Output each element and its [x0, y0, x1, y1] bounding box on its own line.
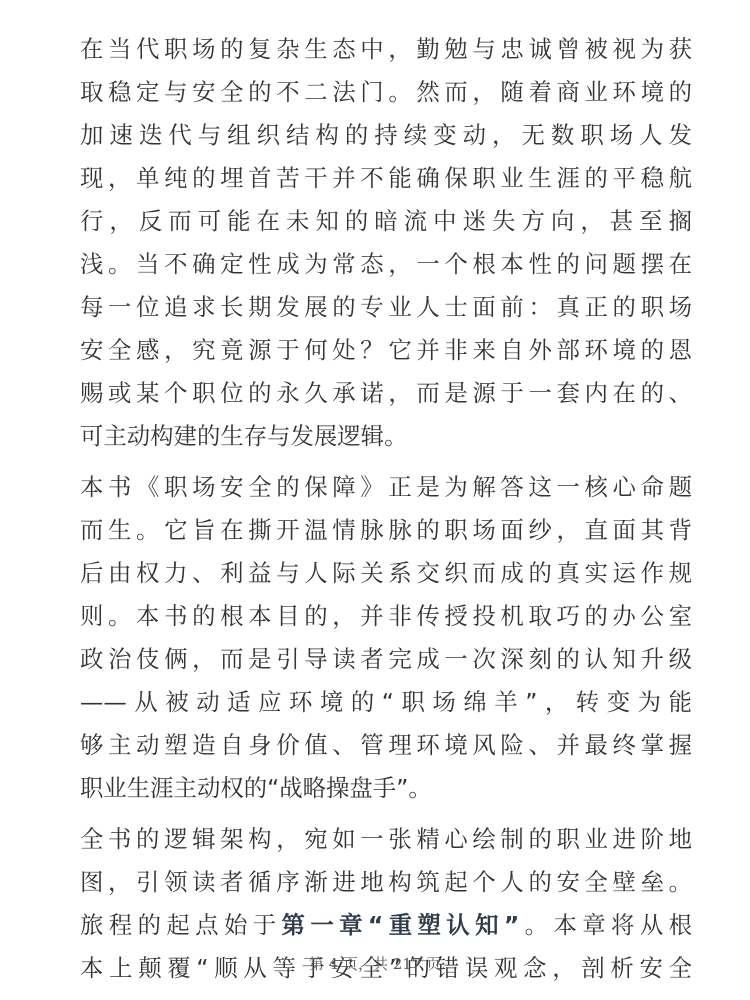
text-line: 本书《职场安全的保障》正是为解答这一核心命题 — [80, 466, 692, 509]
text-line: 可主动构建的生存与发展逻辑。 — [80, 415, 692, 458]
text-line: 够主动塑造自身价值、管理环境风险、并最终掌握 — [80, 724, 692, 767]
text-line: 图，引领读者循序渐进地构筑起个人的安全壁垒。 — [80, 861, 692, 904]
text-line: 后由权力、利益与人际关系交织而成的真实运作规 — [80, 552, 692, 595]
text-line: 行，反而可能在未知的暗流中迷失方向，甚至搁 — [80, 200, 692, 243]
text-line: 职业生涯主动权的“战略操盘手”。 — [80, 767, 692, 810]
text-line: 加速迭代与组织结构的持续变动，无数职场人发 — [80, 114, 692, 157]
paragraph-2: 本书《职场安全的保障》正是为解答这一核心命题 而生。它旨在撕开温情脉脉的职场面纱… — [80, 466, 692, 810]
text-line: 政治伎俩，而是引导读者完成一次深刻的认知升级 — [80, 638, 692, 681]
text-line: 安全感，究竟源于何处？它并非来自外部环境的恩 — [80, 329, 692, 372]
chapter-title-highlight: 第一章“重塑认知” — [282, 911, 520, 939]
document-page: 在当代职场的复杂生态中，勤勉与忠诚曾被视为获 取稳定与安全的不二法门。然而，随着… — [80, 28, 692, 998]
paragraph-1: 在当代职场的复杂生态中，勤勉与忠诚曾被视为获 取稳定与安全的不二法门。然而，随着… — [80, 28, 692, 458]
page-indicator: 第 4 页，共 217 页 — [0, 953, 750, 974]
text-line: 在当代职场的复杂生态中，勤勉与忠诚曾被视为获 — [80, 28, 692, 71]
text-line: 取稳定与安全的不二法门。然而，随着商业环境的 — [80, 71, 692, 114]
text-line: 而生。它旨在撕开温情脉脉的职场面纱，直面其背 — [80, 509, 692, 552]
text-line: 每一位追求长期发展的专业人士面前：真正的职场 — [80, 286, 692, 329]
text-line: ——从被动适应环境的“职场绵羊”，转变为能 — [80, 681, 692, 724]
text-line: 现，单纯的埋首苦干并不能确保职业生涯的平稳航 — [80, 157, 692, 200]
text-line: 则。本书的根本目的，并非传授投机取巧的办公室 — [80, 595, 692, 638]
text-line: 旅程的起点始于第一章“重塑认知”。本章将从根 — [80, 904, 692, 947]
text-line: 赐或某个职位的永久承诺，而是源于一套内在的、 — [80, 372, 692, 415]
text-segment: 旅程的起点始于 — [80, 911, 282, 939]
text-line: 浅。当不确定性成为常态，一个根本性的问题摆在 — [80, 243, 692, 286]
text-segment: 。本章将从根 — [519, 911, 692, 939]
text-line: 全书的逻辑架构，宛如一张精心绘制的职业进阶地 — [80, 818, 692, 861]
